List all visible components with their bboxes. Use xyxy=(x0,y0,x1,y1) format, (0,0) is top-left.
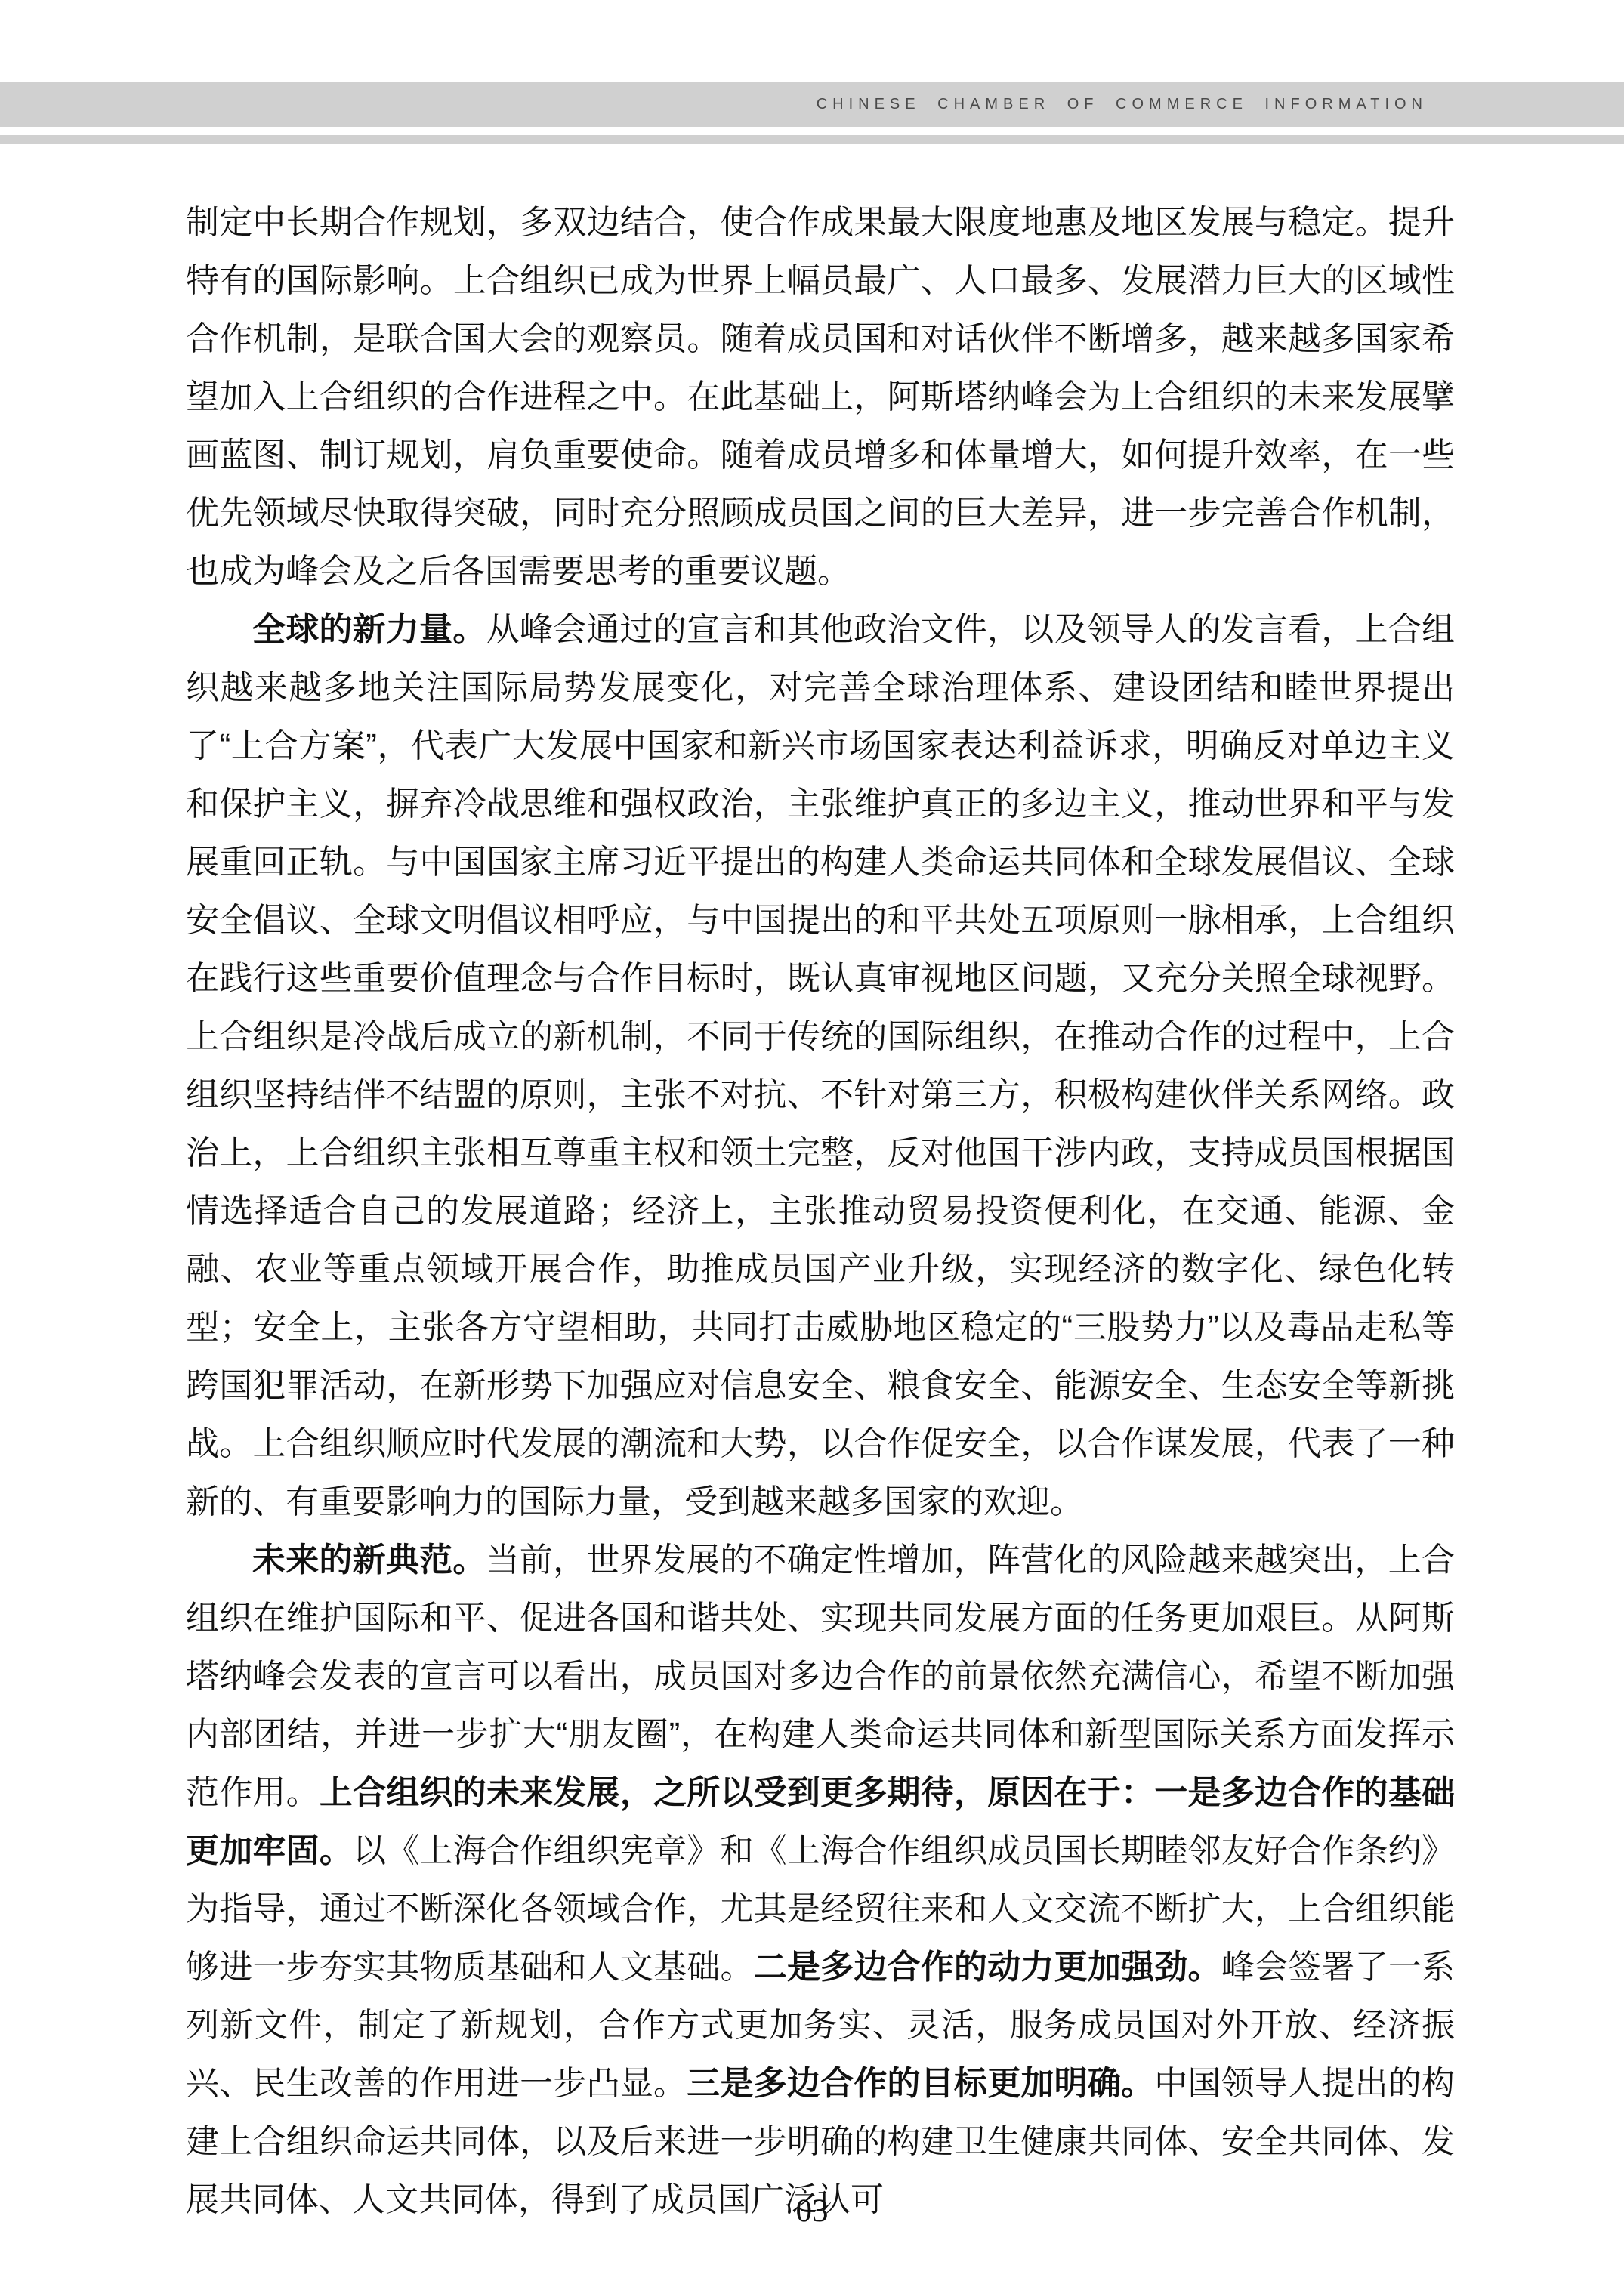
paragraph-bold-segment: 三是多边合作的目标更加明确。 xyxy=(687,2065,1154,2102)
document-page: CHINESE CHAMBER OF COMMERCE INFORMATION … xyxy=(0,0,1624,2293)
header-band: CHINESE CHAMBER OF COMMERCE INFORMATION xyxy=(0,82,1624,127)
paragraph-bold-segment: 全球的新力量。 xyxy=(252,611,486,648)
paragraph-segment: 制定中长期合作规划，多双边结合，使合作成果最大限度地惠及地区发展与稳定。提升特有… xyxy=(186,204,1455,590)
paragraph: 制定中长期合作规划，多双边结合，使合作成果最大限度地惠及地区发展与稳定。提升特有… xyxy=(186,193,1455,600)
page-number: 03 xyxy=(0,2194,1624,2229)
article-body: 制定中长期合作规划，多双边结合，使合作成果最大限度地惠及地区发展与稳定。提升特有… xyxy=(186,193,1455,2229)
paragraph: 全球的新力量。从峰会通过的宣言和其他政治文件，以及领导人的发言看，上合组织越来越… xyxy=(186,600,1455,1531)
paragraph-segment: 从峰会通过的宣言和其他政治文件，以及领导人的发言看，上合组织越来越多地关注国际局… xyxy=(186,611,1455,1520)
header-divider xyxy=(0,135,1624,144)
paragraph-bold-segment: 二是多边合作的动力更加强劲。 xyxy=(754,1949,1221,1986)
paragraph-bold-segment: 未来的新典范。 xyxy=(252,1542,486,1579)
paragraph: 未来的新典范。当前，世界发展的不确定性增加，阵营化的风险越来越突出，上合组织在维… xyxy=(186,1531,1455,2229)
header-title: CHINESE CHAMBER OF COMMERCE INFORMATION xyxy=(817,96,1428,113)
paragraph-segment: 当前，世界发展的不确定性增加，阵营化的风险越来越突出，上合组织在维护国际和平、促… xyxy=(186,1542,1455,1811)
